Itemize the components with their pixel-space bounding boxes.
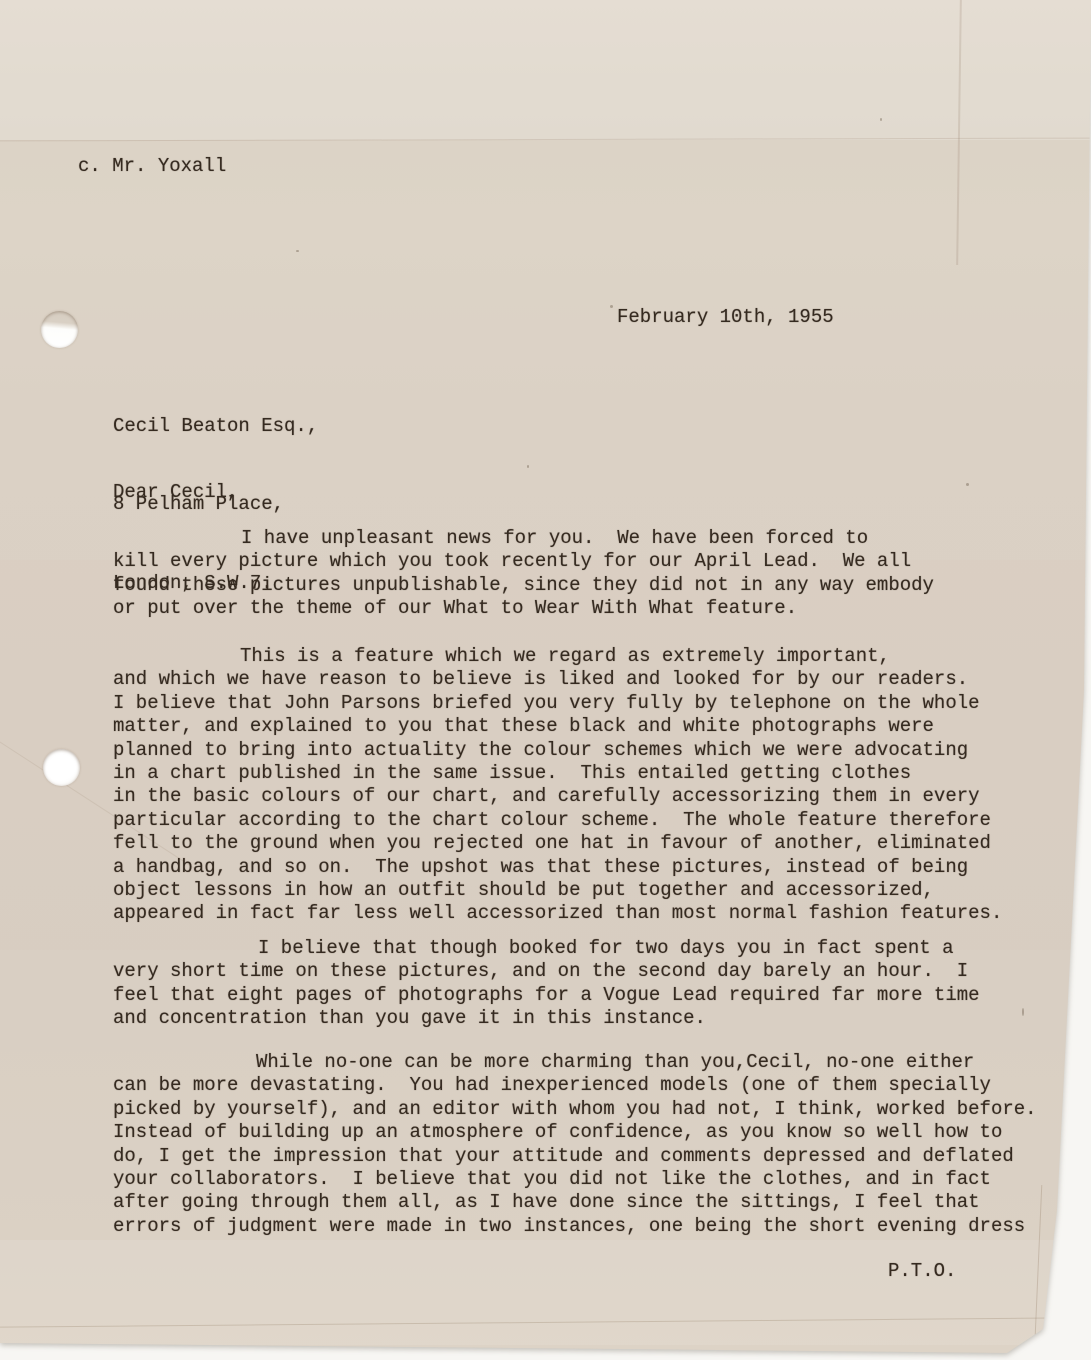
scan-background: c. Mr. Yoxall February 10th, 1955 Cecil … [0,0,1091,1360]
paper-speck [610,305,613,308]
paper-speck [1022,1008,1024,1016]
carbon-copy-note: c. Mr. Yoxall [78,155,226,178]
paper-speck [296,250,299,252]
crease-line [0,138,1091,142]
punch-hole-bottom [43,749,80,786]
paragraph-2: This is a feature which we regard as ext… [113,645,1002,926]
paper-tint-band [0,1240,1091,1345]
salutation: Dear Cecil, [113,481,238,504]
letter-date: February 10th, 1955 [617,306,834,329]
paragraph-3: I believe that though booked for two day… [113,937,980,1031]
paper-speck [966,483,969,486]
pto-note: P.T.O. [888,1260,956,1283]
paragraph-4: While no-one can be more charming than y… [113,1051,1037,1238]
paper-tint-band [0,0,1091,140]
paragraph-1: I have unpleasant news for you. We have … [113,527,934,621]
letter-page: c. Mr. Yoxall February 10th, 1955 Cecil … [0,0,1091,1360]
crease-line [956,0,961,265]
paper-speck [527,465,529,468]
paper-speck [880,118,882,121]
recipient-name: Cecil Beaton Esq., [113,413,318,439]
punch-hole-top [41,311,78,348]
crease-line [0,1317,1069,1327]
